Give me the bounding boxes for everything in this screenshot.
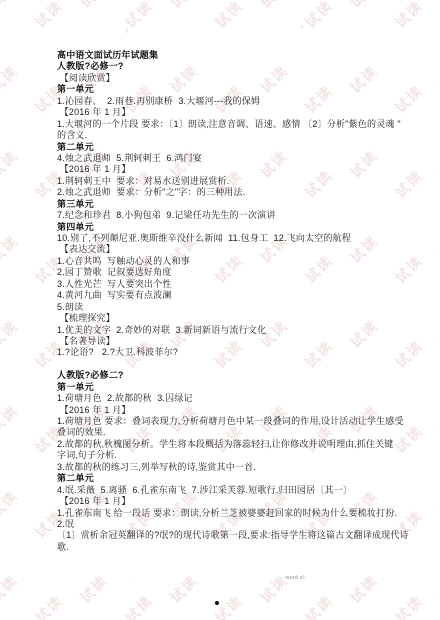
document-line: 【2016 年 1 月】 [57,405,397,416]
document-line: 3.故都的秋的练习三‚列举写秋的诗‚鉴赏其中一首. [57,462,397,473]
watermark-text: 试读 [436,316,440,353]
document-line: 1.心音共鸣 写触动心灵的人和事 [57,256,397,267]
watermark-text: 试读 [301,591,338,620]
document-line: 4.烛之武退师 5.荆轲刺王 6.鸿门宴 [57,153,397,164]
watermark-text: 试读 [31,0,68,32]
document-line: 1.大堰河的一个片段 要求：〔1〕朗读‚注意音调、语速、感情 〔2〕分析"紫色的… [57,119,397,130]
document-line: 4.黄河九曲 写实要有点波澜 [57,290,397,301]
watermark-text: 试读 [436,231,440,268]
watermark-text: 试读 [436,571,440,608]
watermark-text: 试读 [256,0,293,12]
document-line: 【名著导读】 [57,336,397,347]
document-line: 4.氓.采薇 5.离骚 6.孔雀东南飞 7.涉江采芙蓉.短歌行.归田园居〔其一〕 [57,485,397,496]
footer-watermark-text: -word.zl- [284,575,306,581]
document-line: 5.朗读 [57,302,397,313]
watermark-text: 试读 [211,591,248,620]
document-line: 1.荆轲刺王中 要求：对易水送别进展赏析. [57,176,397,187]
document-line: 2.园丁赞歌 记叙要选好角度 [57,267,397,278]
watermark-text: 试读 [0,0,22,12]
document-line: 【梳理探究】 [57,313,397,324]
document-heading-line: 第二单元 [57,142,397,153]
page-bullet-dot [215,601,219,605]
watermark-text: 试读 [436,486,440,523]
document-line: 3.人性光芒 写人要突出个性 [57,279,397,290]
document-line: 〔1〕赏析余冠英翻译的?氓?的现代诗歌第一段‚要求:指导学生将这篇古文翻译成现代… [57,530,397,541]
document-line: 2.烛之武退师 要求：分析"之"字：的三种用法. [57,187,397,198]
document-heading-line: 第一单元 [57,382,397,393]
document-heading-line: 第四单元 [57,222,397,233]
document-line: 1.沁园春、 2.雨巷.再别康桥 3.大堰河---我的保姆 [57,96,397,107]
watermark-text: 试读 [436,401,440,438]
document-heading-line: 第二单元 [57,473,397,484]
watermark-text: 试读 [346,571,383,608]
document-heading-line: 第一单元 [57,84,397,95]
document-line: 2.故都的秋‚秋槐图分析。学生将本段概括为落蕊轻扫‚让你修改并说明理由‚抓住关键 [57,439,397,450]
watermark-text: 试读 [301,0,338,32]
document-line: 歌. [57,542,397,553]
watermark-text: 试读 [436,61,440,98]
watermark-text: 试读 [391,591,428,620]
watermark-text: 试读 [211,0,248,32]
document-line: 1.孔雀东南飞 给一段话 要求：朗读‚分析兰芝被婆婆赶回家的时候为什么要梳妆打扮… [57,508,397,519]
document-line: 10.别了,不列颠尼亚.奥斯维辛没什么新闻 11.包身工 12.飞向太空的航程 [57,233,397,244]
watermark-text: 试读 [0,231,22,268]
document-line: 1.?论语? 2.?大卫.科波菲尔? [57,347,397,358]
watermark-text: 试读 [121,591,158,620]
watermark-text: 试读 [76,571,113,608]
scan-artifact-mark: ) [126,28,128,34]
watermark-text: 试读 [436,0,440,12]
watermark-text: 试读 [436,146,440,183]
document-line [57,359,397,370]
watermark-text: 试读 [31,591,68,620]
scan-artifact-mark: * [301,26,303,32]
watermark-text: 试读 [166,571,203,608]
watermark-text: 试读 [0,401,22,438]
document-line: 叠词的效果. [57,427,397,438]
document-line: 【阅读欣赏】 [57,73,397,84]
document-heading-line: 第三单元 [57,199,397,210]
document-heading-line: 人教版?必修二? [57,370,397,381]
document-line: 7.纪念和珍君 8.小狗包弟 9.记梁任功先生的一次演讲 [57,210,397,221]
watermark-text: 试读 [0,571,22,608]
document-heading-line: 人教版?必修一? [57,61,397,72]
document-line: 字词‚句子分析. [57,450,397,461]
scan-artifact-mark: . [128,578,129,584]
document-line: 【表达交流】 [57,244,397,255]
document-line: 【2016 年 1 月】 [57,164,397,175]
watermark-text: 试读 [0,146,22,183]
document-heading-line: 高中语文面试历年试题集 [57,50,397,61]
watermark-text: 试读 [346,0,383,12]
watermark-text: 试读 [391,0,428,32]
watermark-text: 试读 [0,486,22,523]
document-line: 【2016 年 1 月】 [57,107,397,118]
document-content: 高中语文面试历年试题集人教版?必修一? 【阅读欣赏】第一单元1.沁园春、 2.雨… [57,50,397,553]
watermark-text: 试读 [166,0,203,12]
document-line: 1.荷塘月色 2.故都的秋 3.囚绿记 [57,393,397,404]
document-line: 的含义. [57,130,397,141]
document-line: 2.氓 [57,519,397,530]
watermark-text: 试读 [0,316,22,353]
document-page: 试读试读试读试读试读试读试读试读试读试读试读试读试读试读试读试读试读试读试读试读… [0,0,440,620]
document-line: 【2016 年 1 月】 [57,496,397,507]
watermark-text: 试读 [76,0,113,12]
document-line: 1.优美的文字 2.奇妙的对联 3.新词新语与流行文化 [57,325,397,336]
document-line: 1.荷塘月色 要求：叠词表现力,分析荷塘月色中某一段叠词的作用‚设计活动让学生感… [57,416,397,427]
watermark-text: 试读 [0,61,22,98]
